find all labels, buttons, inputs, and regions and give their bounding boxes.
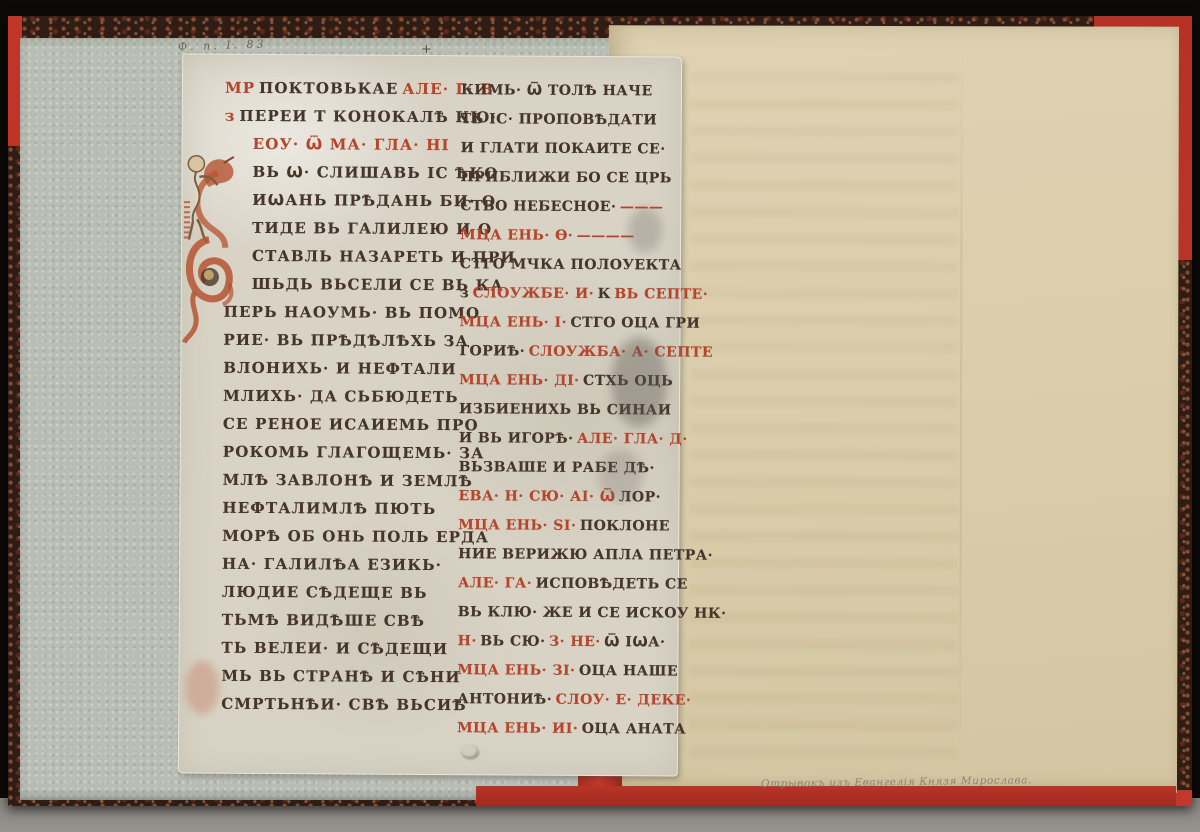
manuscript-line: ПРИБЛИЖИ БО СЕ ЦРЬ	[460, 169, 666, 199]
manuscript-line: НА· ГАЛИЛѢА ЕЗИКЬ·	[222, 555, 456, 584]
manuscript-line: СТГО МЧКА ПОЛОУЕКТА	[460, 256, 666, 286]
manuscript-line: ШЬДЬ ВЬСЕЛИ СЕ ВЬ КА	[252, 275, 458, 304]
manuscript-line: И ГЛАТИ ПОКАИТЕ СЕ·	[461, 140, 667, 170]
manuscript-line: зСЛОУЖБЕ· И·КВЬ СЕПТЕ·	[460, 285, 666, 315]
manuscript-line: ЕОУ· Ѿ МА· ГЛА· НІ	[253, 135, 459, 164]
cross-mark: +	[421, 42, 432, 57]
show-through-ghost-text	[689, 71, 959, 764]
manuscript-line: АНТОНИѢ·СЛОУ· Е· ДЕКЕ·	[457, 691, 663, 721]
manuscript-line: ИѠАНЬ ПРѢДАНЬ БИ· О	[252, 191, 458, 220]
manuscript-line: ВЛОНИХЬ· И НЕФТАЛИ	[223, 359, 457, 388]
manuscript-line: КИМЬ· Ѿ ТОЛѢ НАЧЕ	[461, 82, 667, 112]
manuscript-line: Н·ВЬ СЮ·З· НЕ·Ѿ ІѠА·	[457, 633, 663, 663]
manuscript-line: ТИДЕ ВЬ ГАЛИЛЕЮ И О	[252, 219, 458, 248]
manuscript-line: НЕФТАЛИМЛѢ ПЮТЬ	[222, 499, 456, 528]
manuscript-column-left: МРПОКТОВЬКАЕАЛЕ· Г· ВзПЕРЕИ Т КОНОКАЛѢ К…	[221, 79, 459, 724]
grey-stain	[611, 337, 668, 427]
grey-stain	[628, 207, 662, 253]
manuscript-line: МЛИХЬ· ДА СЬБЮДЕТЬ	[223, 387, 457, 416]
parchment-manuscript-leaf: МРПОКТОВЬКАЕАЛЕ· Г· ВзПЕРЕИ Т КОНОКАЛѢ К…	[178, 53, 682, 776]
manuscript-line: МЦА ЕНЬ· ИІ·ОЦА АНАТА	[457, 720, 663, 750]
manuscript-line: ТЬМѢ ВИДѢШЕ СВѢ	[222, 611, 456, 640]
manuscript-line: ВЬ КЛЮ· ЖЕ И СЕ ИСКОУ НК·	[458, 604, 664, 634]
manuscript-line: МЦА ЕНЬ· ЅІ·ПОКЛОНЕ	[458, 517, 664, 547]
manuscript-line: НИЕ ВЕРИЖЮ АПЛА ПЕТРА·	[458, 546, 664, 576]
manuscript-line: МЦА ЕНЬ· ЗІ·ОЦА НАШЕ	[457, 662, 663, 692]
manuscript-line: МОРѢ ОБ ОНЬ ПОЛЬ ЕРДА	[222, 527, 456, 556]
manuscript-line: СТАВЛЬ НАЗАРЕТЬ И ПРИ	[252, 247, 458, 276]
manuscript-line: МЛѢ ЗАВЛОНѢ И ЗЕМЛѢ	[222, 471, 456, 500]
manuscript-line: МРПОКТОВЬКАЕАЛЕ· Г· В	[225, 79, 459, 108]
manuscript-line: РОКОМЬ ГЛАГОЩЕМЬ· ЗА	[223, 443, 457, 472]
grey-stain	[598, 449, 642, 501]
manuscript-line: АЛЕ· ГА·ИСПОВѢДЕТЬ СЕ	[458, 575, 664, 605]
parchment-bump	[461, 744, 478, 757]
manuscript-line: СЕ РЕНОЕ ИСАИЕМЬ ПРО	[223, 415, 457, 444]
manuscript-line: ПЕРЬ НАОУМЬ· ВЬ ПОМО	[224, 303, 458, 332]
manuscript-line: СМРТЬНѢИ· СВѢ ВЬСИѢ	[221, 695, 455, 724]
page-edge-line	[959, 36, 963, 776]
manuscript-line: МЬ ВЬ СТРАНѢ И СѢНИ	[221, 667, 455, 696]
manuscript-line: зПЕРЕИ Т КОНОКАЛѢ КЮ·	[225, 107, 459, 136]
manuscript-line: ТЬ ВЕЛЕИ· И СѢДЕЩИ	[221, 639, 455, 668]
manuscript-line: ТЬ ІС· ПРОПОВѢДАТИ	[461, 111, 667, 141]
red-show-through-stain	[185, 661, 219, 715]
photo-of-open-manuscript-book: МРПОКТОВЬКАЕАЛЕ· Г· ВзПЕРЕИ Т КОНОКАЛѢ К…	[0, 0, 1200, 832]
manuscript-line: ЛЮДИЕ СѢДЕЩЕ ВЬ	[222, 583, 456, 612]
blank-right-page	[607, 25, 1179, 792]
manuscript-line: ВЬ Ѡ· СЛИШАВЬ ІС ѢКО	[252, 163, 458, 192]
manuscript-line: РИЕ· ВЬ ПРѢДѢЛѢХЬ ЗА	[223, 331, 457, 360]
